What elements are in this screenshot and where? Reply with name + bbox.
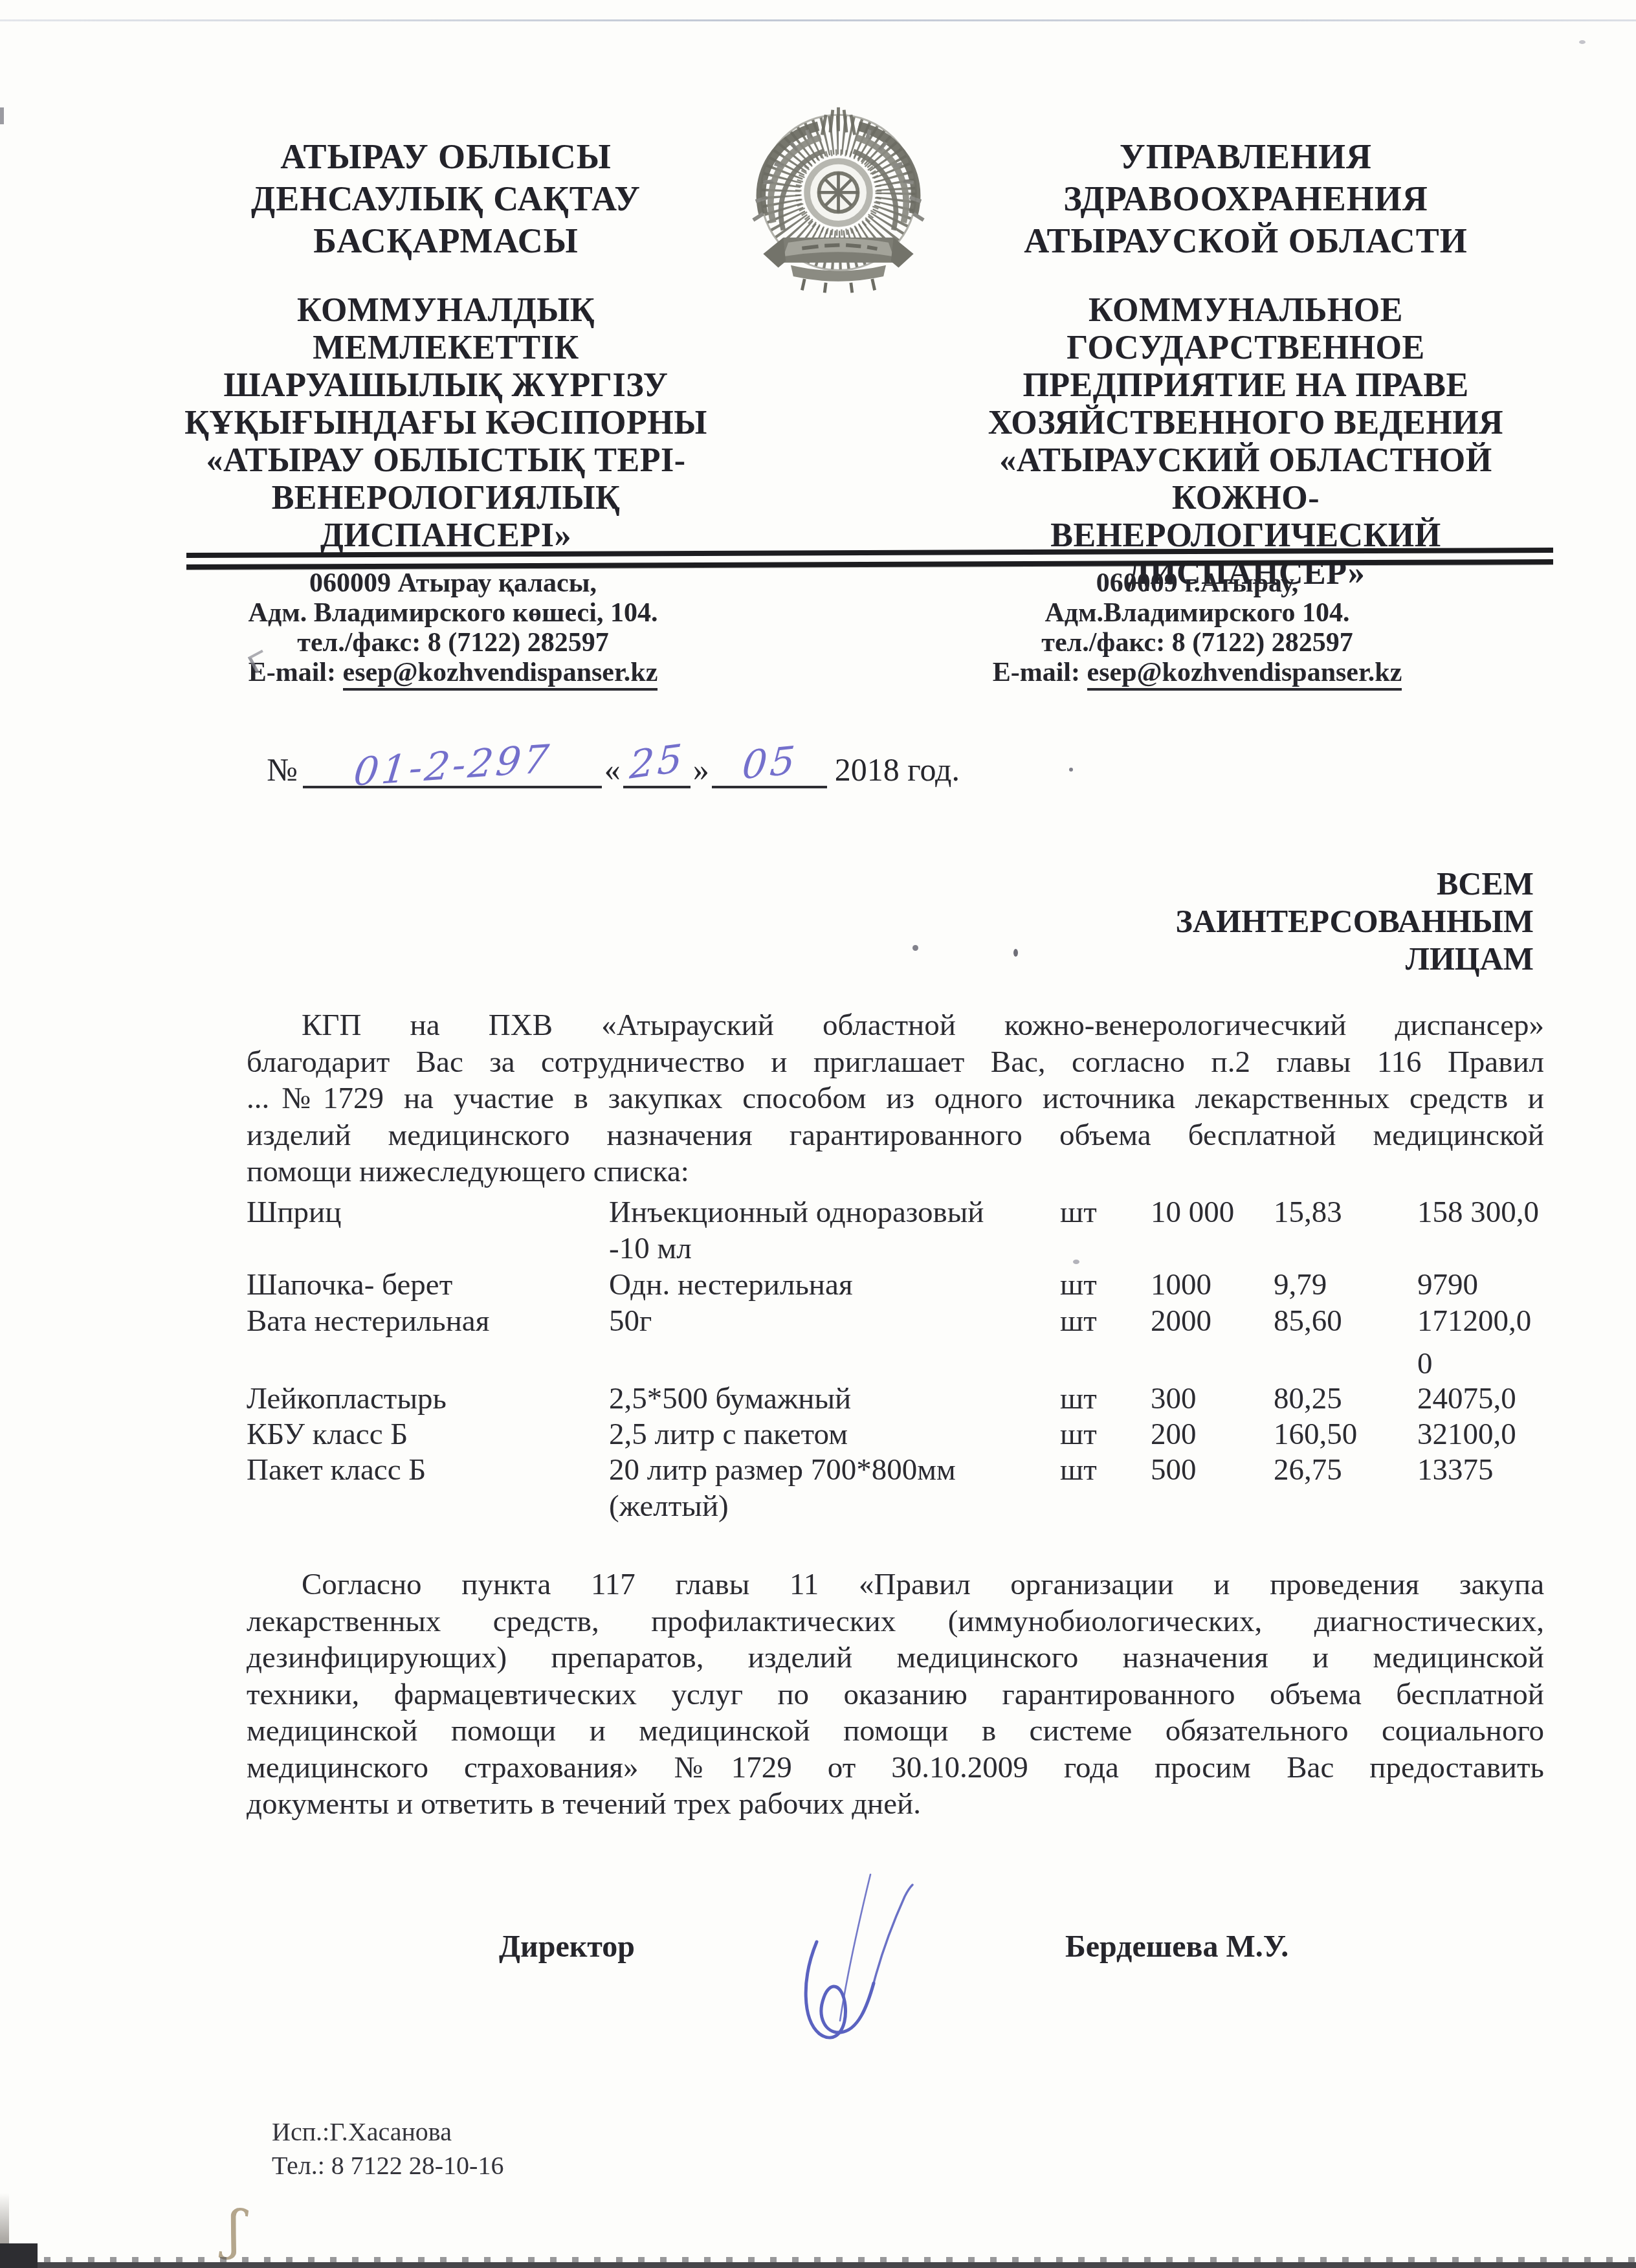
item-desc-wrap: (желтый) xyxy=(609,1489,729,1524)
procurement-items-table: Шприц Инъекционный одноразовый шт 10 000… xyxy=(0,1195,1636,1525)
item-desc: Инъекционный одноразовый xyxy=(609,1195,984,1230)
addressee-block: ВСЕМ ЗАИНТЕРСОВАННЫМ ЛИЦАМ xyxy=(1175,865,1534,977)
item-unit: шт xyxy=(1060,1304,1097,1339)
item-price: 9,79 xyxy=(1274,1267,1327,1302)
body-paragraph-2: Согласно пункта 117 главы 11 «Правил орг… xyxy=(247,1566,1544,1823)
item-unit: шт xyxy=(1060,1195,1097,1230)
org-name-line: КОММУНАЛЬНОЕ xyxy=(980,292,1511,329)
item-total: 32100,0 xyxy=(1417,1417,1516,1452)
email-line: E-mail: esep@kozhvendispanser.kz xyxy=(951,658,1443,687)
org-parent-line: ЗДРАВООХРАНЕНИЯ xyxy=(980,178,1511,220)
paragraph-line: дезинфицирующих) препаратов, изделий мед… xyxy=(247,1640,1544,1676)
outgoing-number-field: 01-2-297 xyxy=(303,746,602,788)
year-label: 2018 год. xyxy=(835,751,960,788)
item-desc: 50г xyxy=(609,1304,652,1339)
scan-bottom-corner xyxy=(0,2243,38,2268)
body-paragraph-1: КГП на ПХВ «Атырауский областной кожно-в… xyxy=(247,1007,1544,1190)
item-qty: 2000 xyxy=(1151,1304,1211,1339)
org-name-line: КОЖНО-ВЕНЕРОЛОГИЧЕСКИЙ xyxy=(980,480,1511,555)
close-quote: » xyxy=(693,751,709,788)
contact-block-kazakh: 060009 Атырау қаласы, Адм. Владимирского… xyxy=(207,568,699,687)
table-row: 0 xyxy=(0,1346,1636,1381)
org-parent-line: АТЫРАУСКОЙ ОБЛАСТИ xyxy=(980,220,1511,262)
item-price: 85,60 xyxy=(1274,1304,1342,1339)
item-desc: -10 мл xyxy=(609,1231,692,1266)
paragraph-line: техники, фармацевтических услуг по оказа… xyxy=(247,1676,1544,1713)
signer-title: Директор xyxy=(499,1929,635,1964)
org-parent-line: АТЫРАУ ОБЛЫСЫ xyxy=(180,136,712,178)
scan-bottom-edge xyxy=(0,2262,1636,2268)
addressee-line: ВСЕМ xyxy=(1175,865,1534,902)
executor-block: Исп.:Г.Хасанова Тел.: 8 7122 28-10-16 xyxy=(272,2115,503,2183)
email-line: E-mail: esep@kozhvendispanser.kz xyxy=(207,658,699,687)
item-desc: 2,5 литр с пакетом xyxy=(609,1417,848,1452)
paragraph-line: благодарит Вас за сотрудничество и пригл… xyxy=(247,1044,1544,1081)
item-qty: 200 xyxy=(1151,1417,1197,1452)
postal-line: 060009 Атырау қаласы, xyxy=(207,568,699,598)
signer-name: Бердешева М.У. xyxy=(1065,1929,1288,1964)
org-name-line: ДИСПАНСЕРІ» xyxy=(180,517,712,555)
reference-number-line: № 01-2-297 « 25 » 05 2018 год. xyxy=(267,746,960,788)
paragraph-line: помощи нижеследующего списка: xyxy=(247,1153,1544,1190)
handwritten-signature xyxy=(777,1869,942,2060)
postal-line: 060009 г.Атырау, xyxy=(951,568,1443,598)
org-name-line: МЕМЛЕКЕТТІК xyxy=(180,329,712,367)
item-total: 158 300,0 xyxy=(1417,1195,1539,1230)
email-address[interactable]: esep@kozhvendispanser.kz xyxy=(1087,658,1402,691)
item-desc: Одн. нестерильная xyxy=(609,1267,853,1302)
item-total: 13375 xyxy=(1417,1452,1494,1487)
item-name: Шапочка- берет xyxy=(247,1267,452,1302)
item-desc: 20 литр размер 700*800мм xyxy=(609,1452,956,1487)
email-address[interactable]: esep@kozhvendispanser.kz xyxy=(343,658,658,691)
kazakhstan-emblem-icon xyxy=(743,104,934,298)
item-unit: шт xyxy=(1060,1417,1097,1452)
org-name-line: ГОСУДАРСТВЕННОЕ xyxy=(980,329,1511,367)
org-name-kazakh: КОММУНАЛДЫҚ МЕМЛЕКЕТТІК ШАРУАШЫЛЫҚ ЖҮРГІ… xyxy=(180,292,712,555)
org-name-line: «АТЫРАУ ОБЛЫСТЫҚ ТЕРІ- xyxy=(180,442,712,480)
item-name: Вата нестерильная xyxy=(247,1304,489,1339)
item-price: 26,75 xyxy=(1274,1452,1342,1487)
handwritten-day: 25 xyxy=(628,736,685,788)
item-unit: шт xyxy=(1060,1381,1097,1416)
org-parent-line: ДЕНСАУЛЫҚ САҚТАУ xyxy=(180,178,712,220)
paragraph-line: медицинской помощи и медицинской помощи … xyxy=(247,1713,1544,1750)
item-qty: 10 000 xyxy=(1151,1195,1234,1230)
org-name-line: КОММУНАЛДЫҚ xyxy=(180,292,712,329)
org-name-line: ПРЕДПРИЯТИЕ НА ПРАВЕ xyxy=(980,367,1511,405)
month-field: 05 xyxy=(712,746,827,788)
paragraph-line: КГП на ПХВ «Атырауский областной кожно-в… xyxy=(247,1007,1544,1044)
table-row: Лейкопластырь 2,5*500 бумажный шт 300 80… xyxy=(0,1381,1636,1417)
phone-line: тел./факс: 8 (7122) 282597 xyxy=(951,628,1443,658)
paragraph-line: медицинского страхования» №1729 от 30.10… xyxy=(247,1750,1544,1786)
pen-smudge-artifact: ʃ xyxy=(223,2197,247,2262)
paragraph-line: изделий медицинского назначения гарантир… xyxy=(247,1117,1544,1154)
table-row: Шапочка- берет Одн. нестерильная шт 1000… xyxy=(0,1267,1636,1304)
handwritten-month: 05 xyxy=(740,738,799,788)
table-row: Пакет класс Б 20 литр размер 700*800мм ш… xyxy=(0,1452,1636,1489)
table-row: -10 мл xyxy=(0,1231,1636,1267)
item-total: 9790 xyxy=(1417,1267,1478,1302)
table-row: КБУ класс Б 2,5 литр с пакетом шт 200 16… xyxy=(0,1417,1636,1452)
street-line: Адм. Владимирского көшесі, 104. xyxy=(207,598,699,628)
letterhead-left-kazakh: АТЫРАУ ОБЛЫСЫ ДЕНСАУЛЫҚ САҚТАУ БАСҚАРМАС… xyxy=(180,136,712,555)
addressee-line: ЛИЦАМ xyxy=(1175,940,1534,977)
number-sign-label: № xyxy=(267,751,298,788)
item-total: 171200,0 xyxy=(1417,1304,1531,1339)
open-quote: « xyxy=(604,751,621,788)
executor-phone: Тел.: 8 7122 28-10-16 xyxy=(272,2149,503,2183)
item-unit: шт xyxy=(1060,1267,1097,1302)
org-name-line: ВЕНЕРОЛОГИЯЛЫҚ xyxy=(180,480,712,517)
day-field: 25 xyxy=(623,746,691,788)
scanned-letter-page: АТЫРАУ ОБЛЫСЫ ДЕНСАУЛЫҚ САҚТАУ БАСҚАРМАС… xyxy=(0,0,1636,2268)
scanner-artifact-line xyxy=(0,19,1636,21)
addressee-line: ЗАИНТЕРСОВАННЫМ xyxy=(1175,902,1534,940)
org-name-line: ШАРУАШЫЛЫҚ ЖҮРГІЗУ xyxy=(180,367,712,405)
scan-fleck xyxy=(912,945,918,951)
item-name: Лейкопластырь xyxy=(247,1381,447,1416)
item-price: 160,50 xyxy=(1274,1417,1357,1452)
scan-fleck xyxy=(1073,1260,1079,1264)
scan-fleck xyxy=(1013,949,1018,957)
item-qty: 500 xyxy=(1151,1452,1197,1487)
paragraph-line: Согласно пункта 117 главы 11 «Правил орг… xyxy=(247,1566,1544,1603)
item-desc: 2,5*500 бумажный xyxy=(609,1381,851,1416)
item-price: 15,83 xyxy=(1274,1195,1342,1230)
item-name: Пакет класс Б xyxy=(247,1452,426,1487)
org-parent-line: УПРАВЛЕНИЯ xyxy=(980,136,1511,178)
executor-name: Исп.:Г.Хасанова xyxy=(272,2115,503,2149)
scan-edge-mark xyxy=(0,107,4,124)
letterhead-right-russian: УПРАВЛЕНИЯ ЗДРАВООХРАНЕНИЯ АТЫРАУСКОЙ ОБ… xyxy=(980,136,1511,592)
item-qty: 1000 xyxy=(1151,1267,1211,1302)
scan-fleck xyxy=(1579,40,1586,44)
handwritten-outgoing-number: 01-2-297 xyxy=(351,737,553,795)
contact-block-russian: 060009 г.Атырау, Адм.Владимирского 104. … xyxy=(951,568,1443,687)
org-name-line: ХОЗЯЙСТВЕННОГО ВЕДЕНИЯ xyxy=(980,405,1511,442)
paragraph-line: лекарственных средств, профилактических … xyxy=(247,1603,1544,1640)
item-price: 80,25 xyxy=(1274,1381,1342,1416)
phone-line: тел./факс: 8 (7122) 282597 xyxy=(207,628,699,658)
email-label: E-mail: xyxy=(993,658,1087,687)
item-qty: 300 xyxy=(1151,1381,1197,1416)
scan-bottom-speckle xyxy=(0,2257,1636,2262)
table-row: (желтый) xyxy=(0,1489,1636,1525)
org-name-russian: КОММУНАЛЬНОЕ ГОСУДАРСТВЕННОЕ ПРЕДПРИЯТИЕ… xyxy=(980,292,1511,592)
org-name-line: ҚҰҚЫҒЫНДАҒЫ КӘСІПОРНЫ xyxy=(180,405,712,442)
paragraph-line: документы и ответить в течений трех рабо… xyxy=(247,1786,1544,1823)
org-parent-line: БАСҚАРМАСЫ xyxy=(180,220,712,262)
table-row: Шприц Инъекционный одноразовый шт 10 000… xyxy=(0,1195,1636,1231)
item-name: Шприц xyxy=(247,1195,341,1230)
table-row: Вата нестерильная 50г шт 2000 85,60 1712… xyxy=(0,1304,1636,1346)
paragraph-line: ...№1729 на участие в закупках способом … xyxy=(247,1080,1544,1117)
item-total-wrap: 0 xyxy=(1417,1346,1433,1381)
item-unit: шт xyxy=(1060,1452,1097,1487)
scan-fleck xyxy=(1069,768,1073,772)
org-name-line: «АТЫРАУСКИЙ ОБЛАСТНОЙ xyxy=(980,442,1511,480)
street-line: Адм.Владимирского 104. xyxy=(951,598,1443,628)
item-total: 24075,0 xyxy=(1417,1381,1516,1416)
item-name: КБУ класс Б xyxy=(247,1417,408,1452)
